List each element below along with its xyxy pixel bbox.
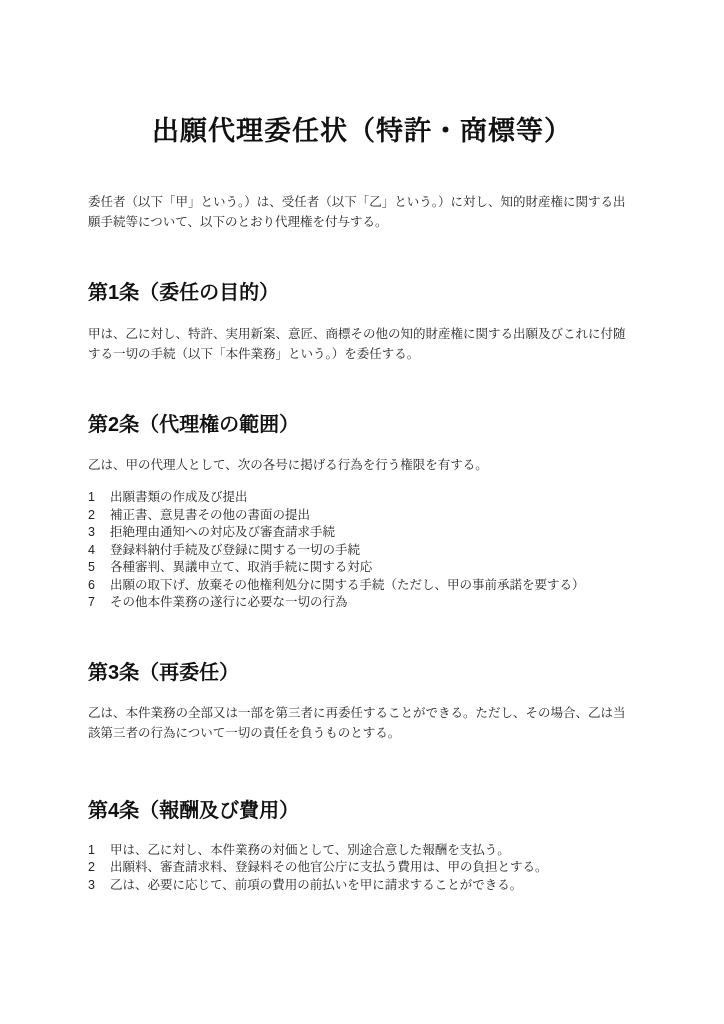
list-item-text: 拒絶理由通知への対応及び審査請求手続 xyxy=(110,524,636,542)
list-item-text: 出願の取下げ、放棄その他権利処分に関する手続（ただし、甲の事前承諾を要する） xyxy=(110,577,636,595)
list-item-number: 5 xyxy=(88,559,110,577)
list-item-number: 3 xyxy=(88,524,110,542)
article-3-body: 乙は、本件業務の全部又は一部を第三者に再委任することができる。ただし、その場合、… xyxy=(88,703,636,743)
document-page: 出願代理委任状（特許・商標等） 委任者（以下「甲」という。）は、受任者（以下「乙… xyxy=(0,0,724,1024)
list-item: 4 登録料納付手続及び登録に関する一切の手続 xyxy=(88,542,636,560)
list-item-text: 各種審判、異議申立て、取消手続に関する対応 xyxy=(110,559,636,577)
article-2-heading: 第2条（代理権の範囲） xyxy=(88,412,636,439)
list-item-text: 登録料納付手続及び登録に関する一切の手続 xyxy=(110,542,636,560)
list-item-number: 1 xyxy=(88,489,110,507)
list-item-number: 3 xyxy=(88,877,110,895)
list-item: 6 出願の取下げ、放棄その他権利処分に関する手続（ただし、甲の事前承諾を要する） xyxy=(88,577,636,595)
document-title: 出願代理委任状（特許・商標等） xyxy=(88,112,636,150)
intro-paragraph: 委任者（以下「甲」という。）は、受任者（以下「乙」という。）に対し、知的財産権に… xyxy=(88,192,636,232)
list-item-number: 1 xyxy=(88,842,110,860)
list-item: 1 出願書類の作成及び提出 xyxy=(88,489,636,507)
article-1-heading: 第1条（委任の目的） xyxy=(88,280,636,307)
list-item-number: 6 xyxy=(88,577,110,595)
list-item-text: 出願料、審査請求料、登録料その他官公庁に支払う費用は、甲の負担とする。 xyxy=(110,859,636,877)
article-4-heading: 第4条（報酬及び費用） xyxy=(88,798,636,825)
list-item: 5 各種審判、異議申立て、取消手続に関する対応 xyxy=(88,559,636,577)
list-item: 3 拒絶理由通知への対応及び審査請求手続 xyxy=(88,524,636,542)
article-4-item-list: 1 甲は、乙に対し、本件業務の対価として、別途合意した報酬を支払う。 2 出願料… xyxy=(88,842,636,895)
list-item: 7 その他本件業務の遂行に必要な一切の行為 xyxy=(88,594,636,612)
list-item: 2 補正書、意見書その他の書面の提出 xyxy=(88,507,636,525)
article-3-heading: 第3条（再委任） xyxy=(88,660,636,687)
list-item-text: 乙は、必要に応じて、前項の費用の前払いを甲に請求することができる。 xyxy=(110,877,636,895)
article-2-body: 乙は、甲の代理人として、次の各号に掲げる行為を行う権限を有する。 xyxy=(88,455,636,475)
list-item-number: 4 xyxy=(88,542,110,560)
list-item-number: 2 xyxy=(88,859,110,877)
article-section-3: 第3条（再委任） 乙は、本件業務の全部又は一部を第三者に再委任することができる。… xyxy=(88,660,636,744)
list-item: 2 出願料、審査請求料、登録料その他官公庁に支払う費用は、甲の負担とする。 xyxy=(88,859,636,877)
article-section-1: 第1条（委任の目的） 甲は、乙に対し、特許、実用新案、意匠、商標その他の知的財産… xyxy=(88,280,636,364)
list-item-text: 出願書類の作成及び提出 xyxy=(110,489,636,507)
list-item-text: 補正書、意見書その他の書面の提出 xyxy=(110,507,636,525)
article-2-item-list: 1 出願書類の作成及び提出 2 補正書、意見書その他の書面の提出 3 拒絶理由通… xyxy=(88,489,636,612)
article-1-body: 甲は、乙に対し、特許、実用新案、意匠、商標その他の知的財産権に関する出願及びこれ… xyxy=(88,324,636,364)
list-item-text: その他本件業務の遂行に必要な一切の行為 xyxy=(110,594,636,612)
list-item-number: 2 xyxy=(88,507,110,525)
list-item: 1 甲は、乙に対し、本件業務の対価として、別途合意した報酬を支払う。 xyxy=(88,842,636,860)
article-section-4: 第4条（報酬及び費用） 1 甲は、乙に対し、本件業務の対価として、別途合意した報… xyxy=(88,798,636,894)
list-item-text: 甲は、乙に対し、本件業務の対価として、別途合意した報酬を支払う。 xyxy=(110,842,636,860)
list-item-number: 7 xyxy=(88,594,110,612)
list-item: 3 乙は、必要に応じて、前項の費用の前払いを甲に請求することができる。 xyxy=(88,877,636,895)
article-section-2: 第2条（代理権の範囲） 乙は、甲の代理人として、次の各号に掲げる行為を行う権限を… xyxy=(88,412,636,612)
